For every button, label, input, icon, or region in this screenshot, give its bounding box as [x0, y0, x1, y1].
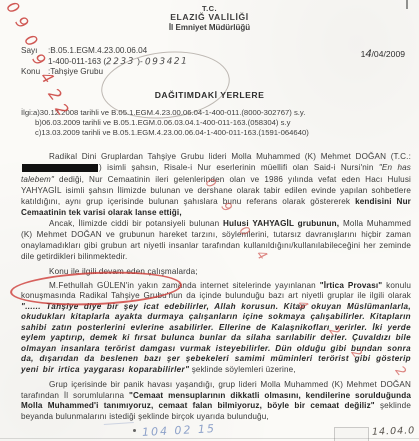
letterhead-governorship: ELAZIĞ VALİLİĞİ — [0, 13, 419, 22]
scan-page-edge — [0, 438, 419, 439]
paragraph-yahyagil-group: Ancak, İlimizde ciddi bir potansiyeli bu… — [21, 218, 411, 262]
paragraph-doğan-background: Radikal Dini Gruplardan Tahşiye Grubu li… — [21, 151, 411, 219]
redaction-bar — [22, 164, 98, 172]
handwritten-note-bottom-center: 104 02 15 — [142, 422, 217, 439]
ilgi-references: İlgi:a)30.12.2008 tarihli ve B.05.1.EGM.… — [21, 108, 309, 138]
ilgi-line-c: c)13.03.2009 tarihli ve B.05.1.EGM.4.23.… — [21, 128, 309, 138]
sayi-label: Sayı — [21, 46, 48, 57]
ink-dot — [133, 429, 136, 432]
handwritten-date-bottom-right: 14.04.0 — [372, 425, 416, 438]
paragraph-group-panic: Grup içerisinde bir panik havası yaşandı… — [21, 380, 411, 422]
konu-label: Konu — [21, 67, 48, 78]
konu-value: :Tahşiye Grubu — [48, 67, 103, 78]
ilgi-line-a: İlgi:a)30.12.2008 tarihli ve B.05.1.EGM.… — [21, 108, 309, 118]
scanned-document-page: T.C. ELAZIĞ VALİLİĞİ İl Emniyet Müdürlüğ… — [0, 0, 419, 441]
ilgi-line-b: b)06.03.2009 tarihli ve B.05.1.EGM.0.06.… — [21, 118, 309, 128]
addressee-heading: DAĞITIMDAKİ YERLERE — [0, 90, 419, 100]
sayi-number: :B.05.1.EGM.4.23.00.06.04 — [48, 46, 147, 57]
ink-scuff — [104, 422, 134, 431]
document-date: 14/04/2009 — [361, 48, 405, 60]
scan-artifact-tick — [406, 0, 408, 9]
letterhead-directorate: İl Emniyet Müdürlüğü — [0, 23, 419, 32]
